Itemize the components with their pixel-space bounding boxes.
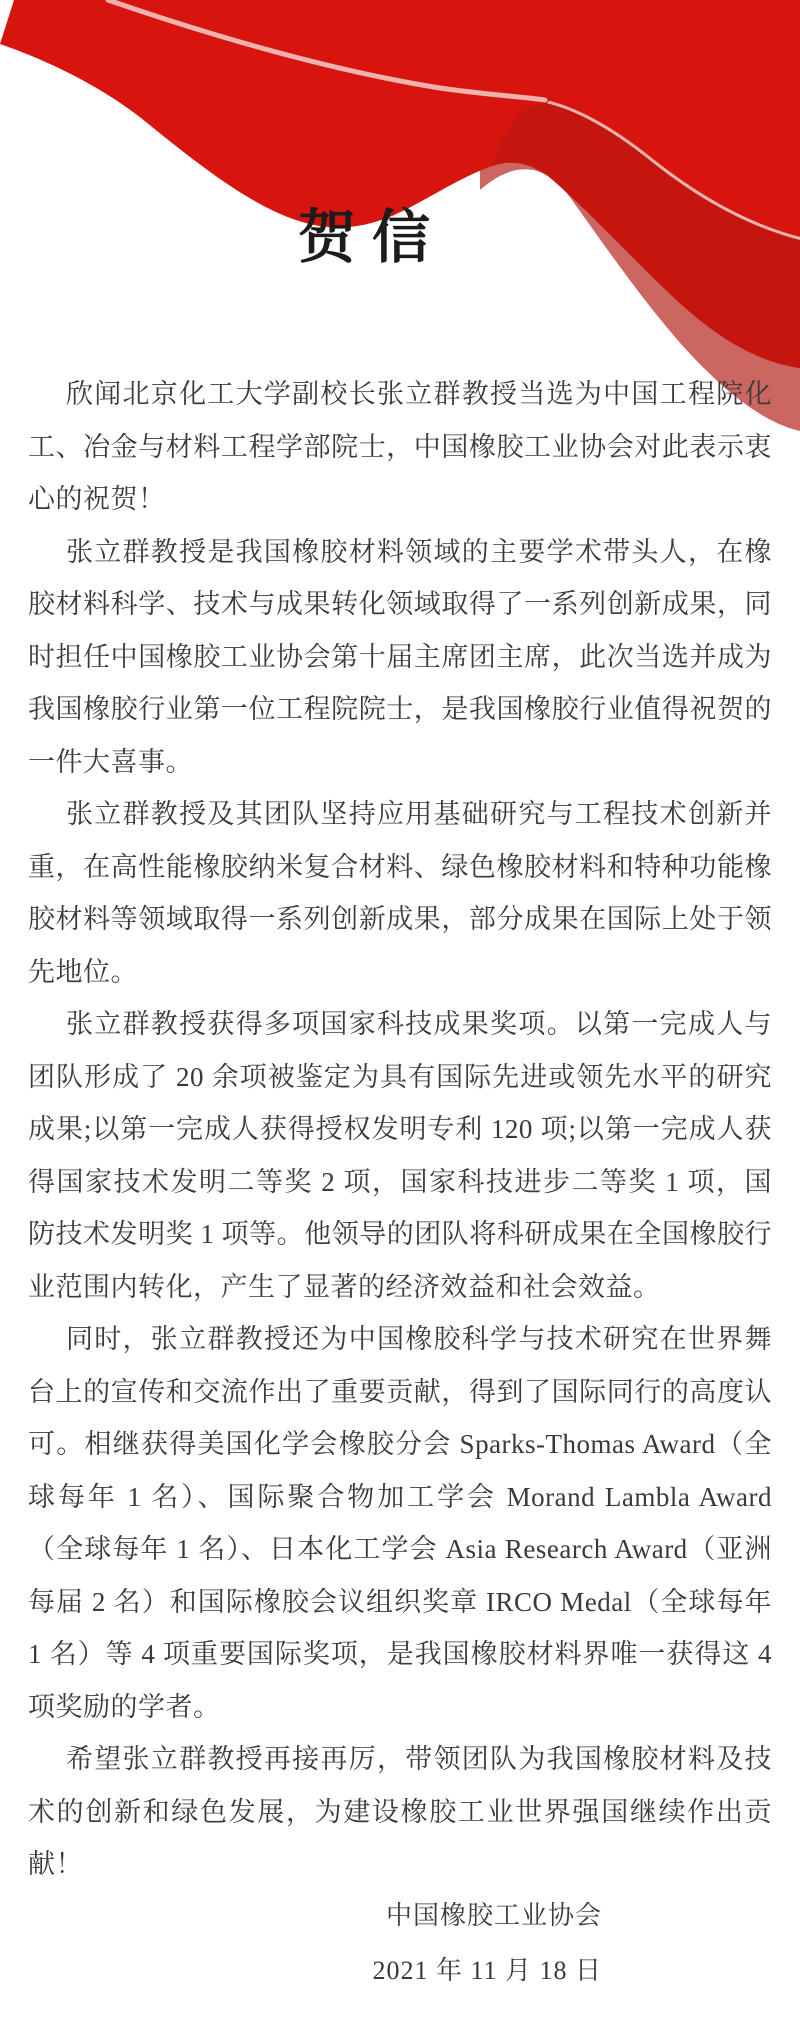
signature-organization: 中国橡胶工业协会: [0, 1888, 602, 1943]
letter-paragraph: 张立群教授是我国橡胶材料领域的主要学术带头人，在橡胶材料科学、技术与成果转化领域…: [28, 526, 772, 789]
letter-paragraph: 希望张立群教授再接再厉，带领团队为我国橡胶材料及技术的创新和绿色发展，为建设橡胶…: [28, 1733, 772, 1891]
ribbon-main: [0, 0, 800, 368]
ribbon-gloss-left: [108, 0, 545, 100]
letter-paragraph: 欣闻北京化工大学副校长张立群教授当选为中国工程院化工、冶金与材料工程学部院士，中…: [28, 368, 772, 526]
letter-paragraph: 同时，张立群教授还为中国橡胶科学与技术研究在世界舞台上的宣传和交流作出了重要贡献…: [28, 1313, 772, 1733]
signature-date: 2021 年 11 月 18 日: [0, 1943, 602, 1998]
signature-block: 中国橡胶工业协会 2021 年 11 月 18 日: [0, 1888, 800, 1998]
letter-paragraph: 张立群教授获得多项国家科技成果奖项。以第一完成人与团队形成了 20 余项被鉴定为…: [28, 998, 772, 1313]
letter-title: 贺信: [0, 203, 800, 273]
letter-body: 欣闻北京化工大学副校长张立群教授当选为中国工程院化工、冶金与材料工程学部院士，中…: [0, 368, 800, 1891]
congratulation-letter-page: 贺信 欣闻北京化工大学副校长张立群教授当选为中国工程院化工、冶金与材料工程学部院…: [0, 0, 800, 2017]
letter-paragraph: 张立群教授及其团队坚持应用基础研究与工程技术创新并重，在高性能橡胶纳米复合材料、…: [28, 788, 772, 998]
